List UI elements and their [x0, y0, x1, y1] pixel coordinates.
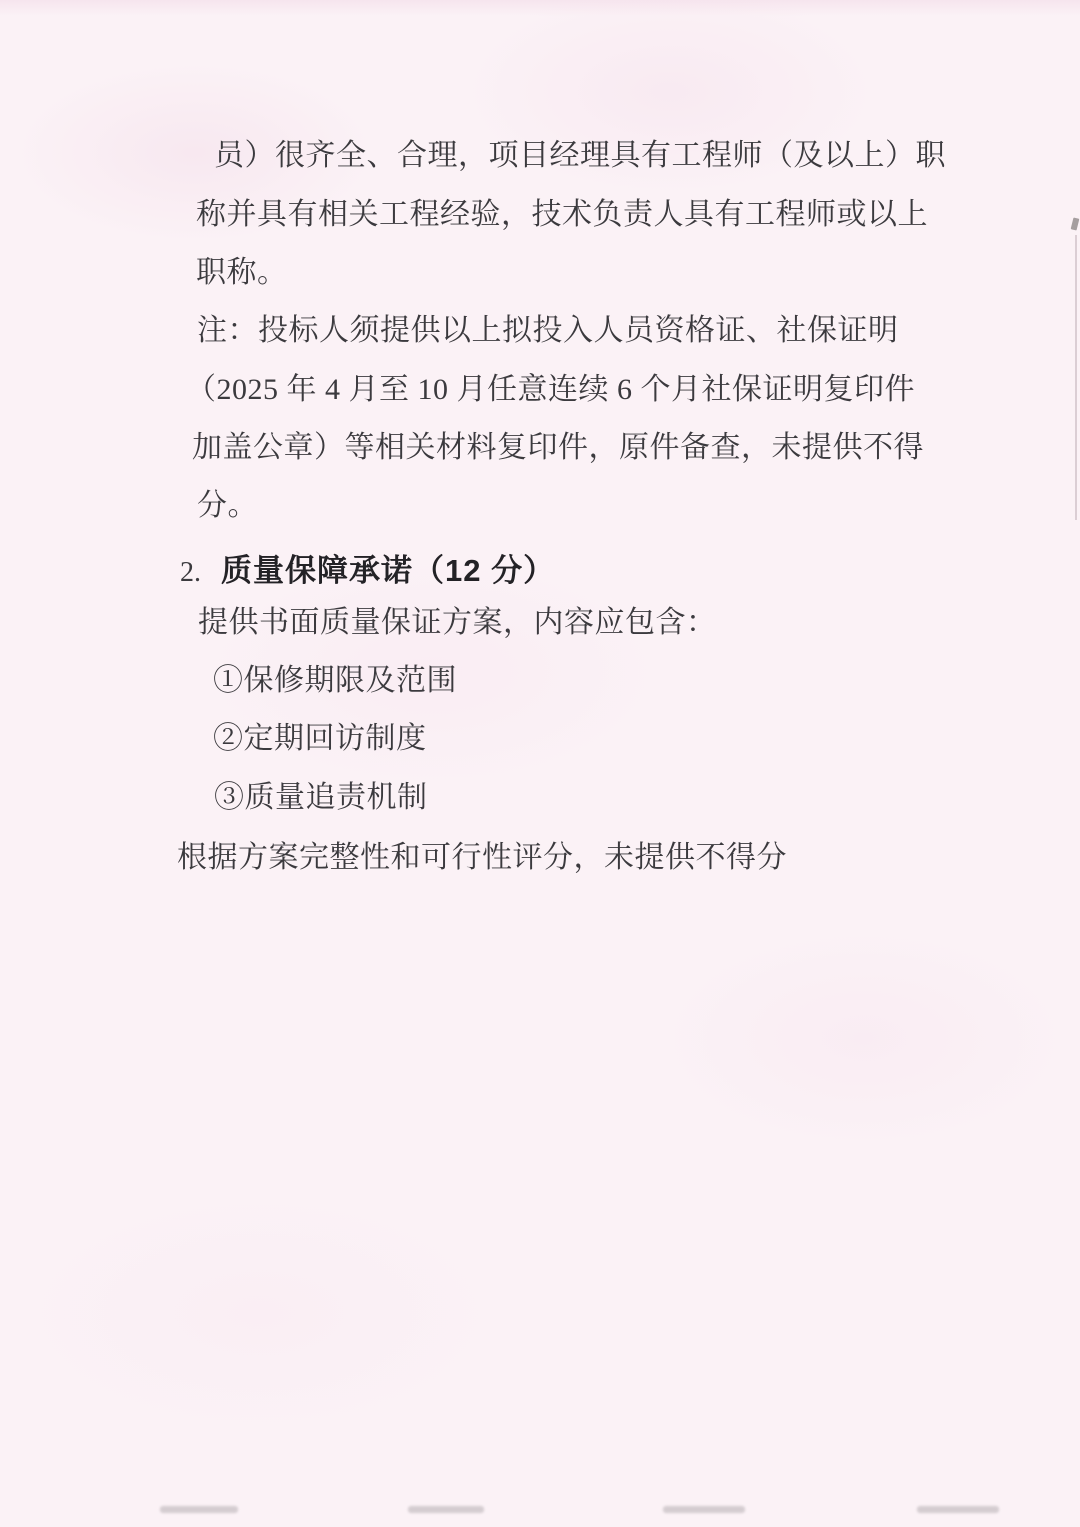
paragraph-continuation-line-1: 员）很齐全、合理，项目经理具有工程师（及以上）职	[214, 139, 946, 173]
list-item-2-number: 2.	[180, 557, 201, 588]
quality-plan-scoring-rule: 根据方案完整性和可行性评分，未提供不得分	[177, 841, 787, 875]
note-line-3: 加盖公章）等相关材料复印件，原件备查，未提供不得	[192, 431, 924, 465]
scan-artifact-bleedthrough-4	[917, 1506, 999, 1513]
scan-artifact-bleedthrough-3	[663, 1506, 745, 1513]
quality-plan-point-3: ③质量追责机制	[214, 781, 428, 815]
quality-plan-intro: 提供书面质量保证方案，内容应包含：	[198, 606, 717, 640]
list-item-2: 2.质量保障承诺（12 分）	[180, 545, 555, 590]
scan-artifact-bleedthrough-2	[408, 1506, 484, 1513]
note-line-1: 注：投标人须提供以上拟投入人员资格证、社保证明	[197, 314, 899, 348]
note-line-4: 分。	[197, 489, 258, 523]
paragraph-continuation-line-3: 职称。	[196, 256, 288, 290]
scanned-document-page: 员）很齐全、合理，项目经理具有工程师（及以上）职 称并具有相关工程经验，技术负责…	[0, 0, 1080, 1527]
scan-artifact-edge-mark	[1071, 217, 1080, 230]
quality-plan-point-2: ②定期回访制度	[213, 722, 427, 756]
scan-artifact-edge-line	[1075, 235, 1077, 520]
scan-artifact-bleedthrough-1	[160, 1506, 238, 1513]
note-line-2: （2025 年 4 月至 10 月任意连续 6 个月社保证明复印件	[186, 373, 915, 407]
quality-plan-point-1: ①保修期限及范围	[213, 664, 457, 698]
list-item-2-title: 质量保障承诺（12 分）	[221, 553, 555, 588]
paragraph-continuation-line-2: 称并具有相关工程经验，技术负责人具有工程师或以上	[196, 198, 928, 232]
